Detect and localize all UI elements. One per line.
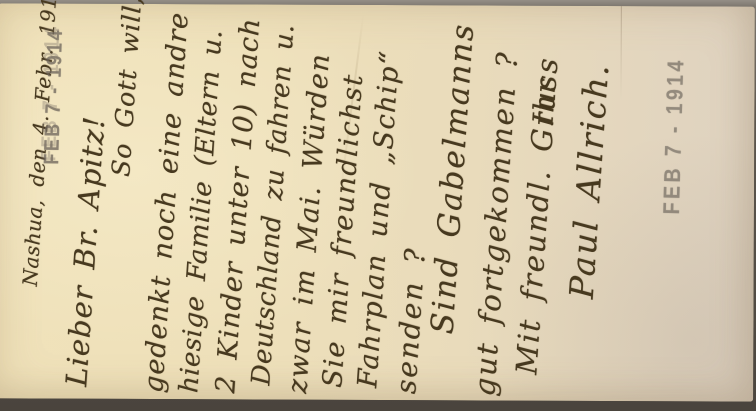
postcard: Nashua, den 4. Febr. 1914. Lieber Br. Ap… — [0, 3, 755, 401]
handwriting-block: Nashua, den 4. Febr. 1914. Lieber Br. Ap… — [9, 0, 756, 398]
signature: Paul Allrich. — [562, 62, 617, 300]
date-stamp: FEB 7 - 1914 — [658, 57, 690, 215]
photo-background: Nashua, den 4. Febr. 1914. Lieber Br. Ap… — [0, 0, 756, 411]
handwritten-line: Sind Gabelmanns — [424, 22, 481, 336]
handwritten-line: So Gott will, — [106, 0, 147, 178]
handwritten-line: Lieber Br. Apitz! — [59, 115, 111, 388]
handwritten-line: Ihr — [526, 78, 562, 126]
date-stamp: FEB 7 - 1914 — [40, 28, 68, 165]
